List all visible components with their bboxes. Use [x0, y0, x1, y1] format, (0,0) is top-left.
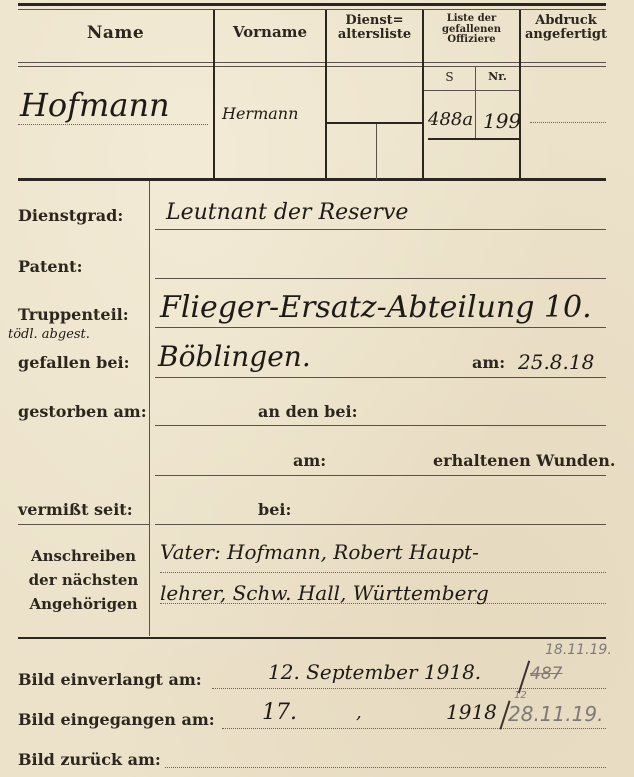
label-patent: Patent: [18, 257, 82, 276]
name-dotted-line [18, 124, 208, 125]
label-am: am: [293, 451, 326, 470]
value-gefallen: Böblingen. [158, 340, 311, 373]
label-vermisst: vermißt seit: [18, 500, 133, 519]
bild-zurueck-dotted [165, 767, 606, 768]
value-dienstgrad: Leutnant der Reserve [166, 200, 408, 225]
header-dienst-line2: altersliste [327, 28, 422, 42]
row-line-gefallen [155, 377, 606, 378]
bild-eingegangen-dotted [222, 728, 606, 729]
header-abdruck-line2: angefertigt [521, 28, 611, 42]
row-line-truppenteil [155, 327, 606, 328]
label-gefallen: gefallen bei: [18, 353, 130, 372]
header-dienst-line1: Dienst= [327, 14, 422, 28]
entry-name: Hofmann [20, 86, 170, 124]
liste-sub-line [424, 90, 519, 91]
header-abdruck: Abdruck angefertigt [521, 14, 611, 41]
label-anschreiben-line2: der nächsten [18, 568, 149, 592]
liste-bottom-line [428, 138, 519, 140]
value-bild-einverlangt: 12. September 1918. [268, 660, 481, 684]
label-dienstgrad: Dienstgrad: [18, 206, 123, 225]
row-line-patent [155, 278, 606, 279]
row-line-gestorben [155, 425, 606, 426]
label-bild-eingegangen: Bild eingegangen am: [18, 710, 215, 729]
header-separator-2 [18, 66, 606, 67]
value-anschreiben-line2: lehrer, Schw. Hall, Württemberg [160, 581, 489, 605]
subheader-nr: Nr. [476, 71, 519, 83]
entry-liste-s: 488a [428, 109, 473, 130]
middle-bottom-border [18, 637, 606, 639]
header-abdruck-line1: Abdruck [521, 14, 611, 28]
top-border [18, 3, 606, 6]
bild-einverlangt-dotted [212, 688, 606, 689]
middle-vertical-divider [149, 181, 150, 636]
value-anschreiben-line1: Vater: Hofmann, Robert Haupt- [160, 540, 479, 564]
entry-liste-nr: 199 [483, 109, 521, 133]
label-anschreiben-line1: Anschreiben [18, 544, 149, 568]
anschreiben-dotted-1 [160, 572, 606, 573]
label-bild-einverlangt: Bild einverlangt am: [18, 670, 202, 689]
pencil-eingegangen-small: 12 [514, 690, 527, 701]
header-name: Name [18, 25, 213, 43]
value-truppenteil: Flieger-Ersatz-Abteilung 10. [160, 290, 592, 325]
header-liste-line3: Offiziere [424, 35, 519, 46]
label-gefallen-am: am: [472, 353, 505, 372]
pencil-einverlangt-date: 18.11.19. [545, 642, 612, 658]
row-line-vermisst-left [18, 524, 149, 525]
pencil-eingegangen-date: 28.11.19. [508, 702, 603, 726]
label-truppenteil: Truppenteil: [18, 305, 129, 324]
top-border-thin [18, 9, 606, 10]
label-erhaltenen-wunden: erhaltenen Wunden. [433, 451, 615, 470]
label-gestorben: gestorben am: [18, 402, 147, 421]
header-dienstaltersliste: Dienst= altersliste [327, 14, 422, 41]
header-vorname: Vorname [215, 25, 325, 41]
value-gefallen-am: 25.8.18 [518, 350, 594, 374]
subheader-s: S [424, 71, 475, 84]
label-anschreiben: Anschreiben der nächsten Angehörigen [18, 544, 149, 616]
header-separator [18, 62, 606, 63]
row-line-vermisst [155, 524, 606, 525]
table-bottom-border [18, 178, 606, 181]
label-bild-zurueck: Bild zurück am: [18, 750, 161, 769]
value-bild-eingegangen-year: 1918 [446, 700, 497, 724]
abdruck-dotted-line [530, 122, 606, 123]
dienst-inner-divider [376, 124, 377, 180]
header-liste-line1: Liste der [424, 14, 519, 25]
row-line-dienstgrad [155, 229, 606, 230]
value-bild-eingegangen-day: 17. [262, 700, 297, 725]
entry-vorname: Hermann [222, 104, 298, 123]
value-bild-eingegangen-comma: , [356, 702, 362, 723]
label-vermisst-bei: bei: [258, 500, 291, 519]
header-liste-gefallenen: Liste der gefallenen Offiziere [424, 14, 519, 46]
row-line-wunden [155, 475, 606, 476]
dienst-inner-line [327, 122, 422, 124]
label-an-den-bei: an den bei: [258, 402, 358, 421]
label-anschreiben-line3: Angehörigen [18, 592, 149, 616]
pencil-einverlangt-struck: 487 [530, 664, 562, 684]
annotation-toedlich: tödl. abgest. [8, 327, 90, 342]
